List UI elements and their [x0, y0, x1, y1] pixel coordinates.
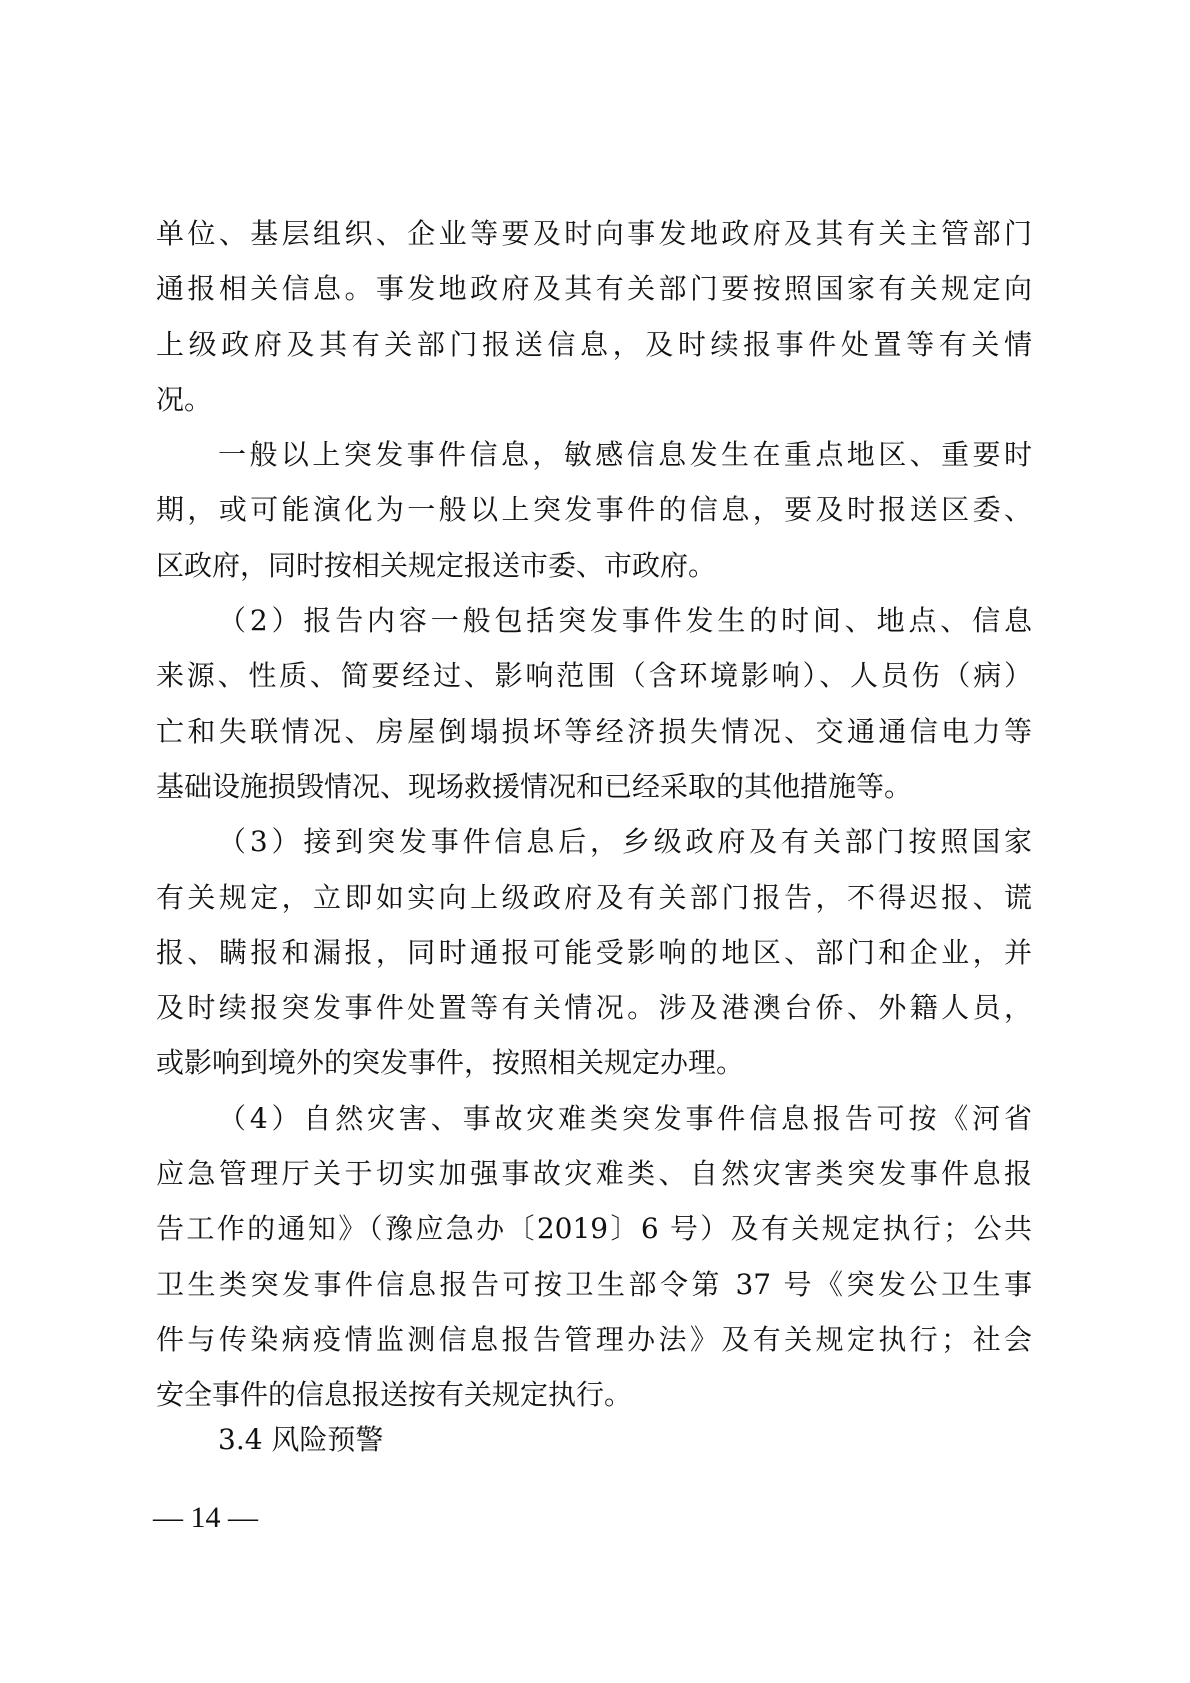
- text-line: 安全事件的信息报送按有关规定执行。: [156, 1367, 1032, 1422]
- text-line: 上级政府及其有关部门报送信息，及时续报事件处置等有关情: [156, 317, 1032, 372]
- text-line: 期，或可能演化为一般以上突发事件的信息，要及时报送区委、: [156, 482, 1032, 537]
- text-line: 一般以上突发事件信息，敏感信息发生在重点地区、重要时: [156, 427, 1032, 482]
- text-line: 件与传染病疫情监测信息报告管理办法》及有关规定执行；社会: [156, 1312, 1032, 1367]
- text-line: （3）接到突发事件信息后，乡级政府及有关部门按照国家: [156, 814, 1032, 869]
- text-line: 应急管理厅关于切实加强事故灾难类、自然灾害类突发事件息报: [156, 1146, 1032, 1201]
- text-line: 及时续报突发事件处置等有关情况。涉及港澳台侨、外籍人员，: [156, 980, 1032, 1035]
- text-line: 况。: [156, 372, 1032, 427]
- text-line: 基础设施损毁情况、现场救援情况和已经采取的其他措施等。: [156, 759, 1032, 814]
- section-heading: 3.4 风险预警: [218, 1420, 383, 1460]
- page-number: — 14 —: [153, 1498, 258, 1538]
- text-line: （2）报告内容一般包括突发事件发生的时间、地点、信息: [156, 593, 1032, 648]
- text-line: 区政府，同时按相关规定报送市委、市政府。: [156, 538, 1032, 593]
- text-line: 报、瞒报和漏报，同时通报可能受影响的地区、部门和企业，并: [156, 925, 1032, 980]
- text-line: 来源、性质、简要经过、影响范围（含环境影响）、人员伤（病）: [156, 648, 1032, 703]
- document-page: 单位、基层组织、企业等要及时向事发地政府及其有关主管部门 通报相关信息。事发地政…: [0, 0, 1190, 1683]
- document-body: 单位、基层组织、企业等要及时向事发地政府及其有关主管部门 通报相关信息。事发地政…: [156, 206, 1032, 1423]
- text-line: 告工作的通知》（豫应急办〔2019〕6 号）及有关规定执行；公共: [156, 1201, 1032, 1256]
- text-line: 或影响到境外的突发事件，按照相关规定办理。: [156, 1035, 1032, 1090]
- text-line: 通报相关信息。事发地政府及其有关部门要按照国家有关规定向: [156, 261, 1032, 316]
- text-line: 卫生类突发事件信息报告可按卫生部令第 37 号《突发公卫生事: [156, 1257, 1032, 1312]
- text-line: 有关规定，立即如实向上级政府及有关部门报告，不得迟报、谎: [156, 870, 1032, 925]
- text-line: 亡和失联情况、房屋倒塌损坏等经济损失情况、交通通信电力等: [156, 704, 1032, 759]
- text-line: （4）自然灾害、事故灾难类突发事件信息报告可按《河省: [156, 1091, 1032, 1146]
- text-line: 单位、基层组织、企业等要及时向事发地政府及其有关主管部门: [156, 206, 1032, 261]
